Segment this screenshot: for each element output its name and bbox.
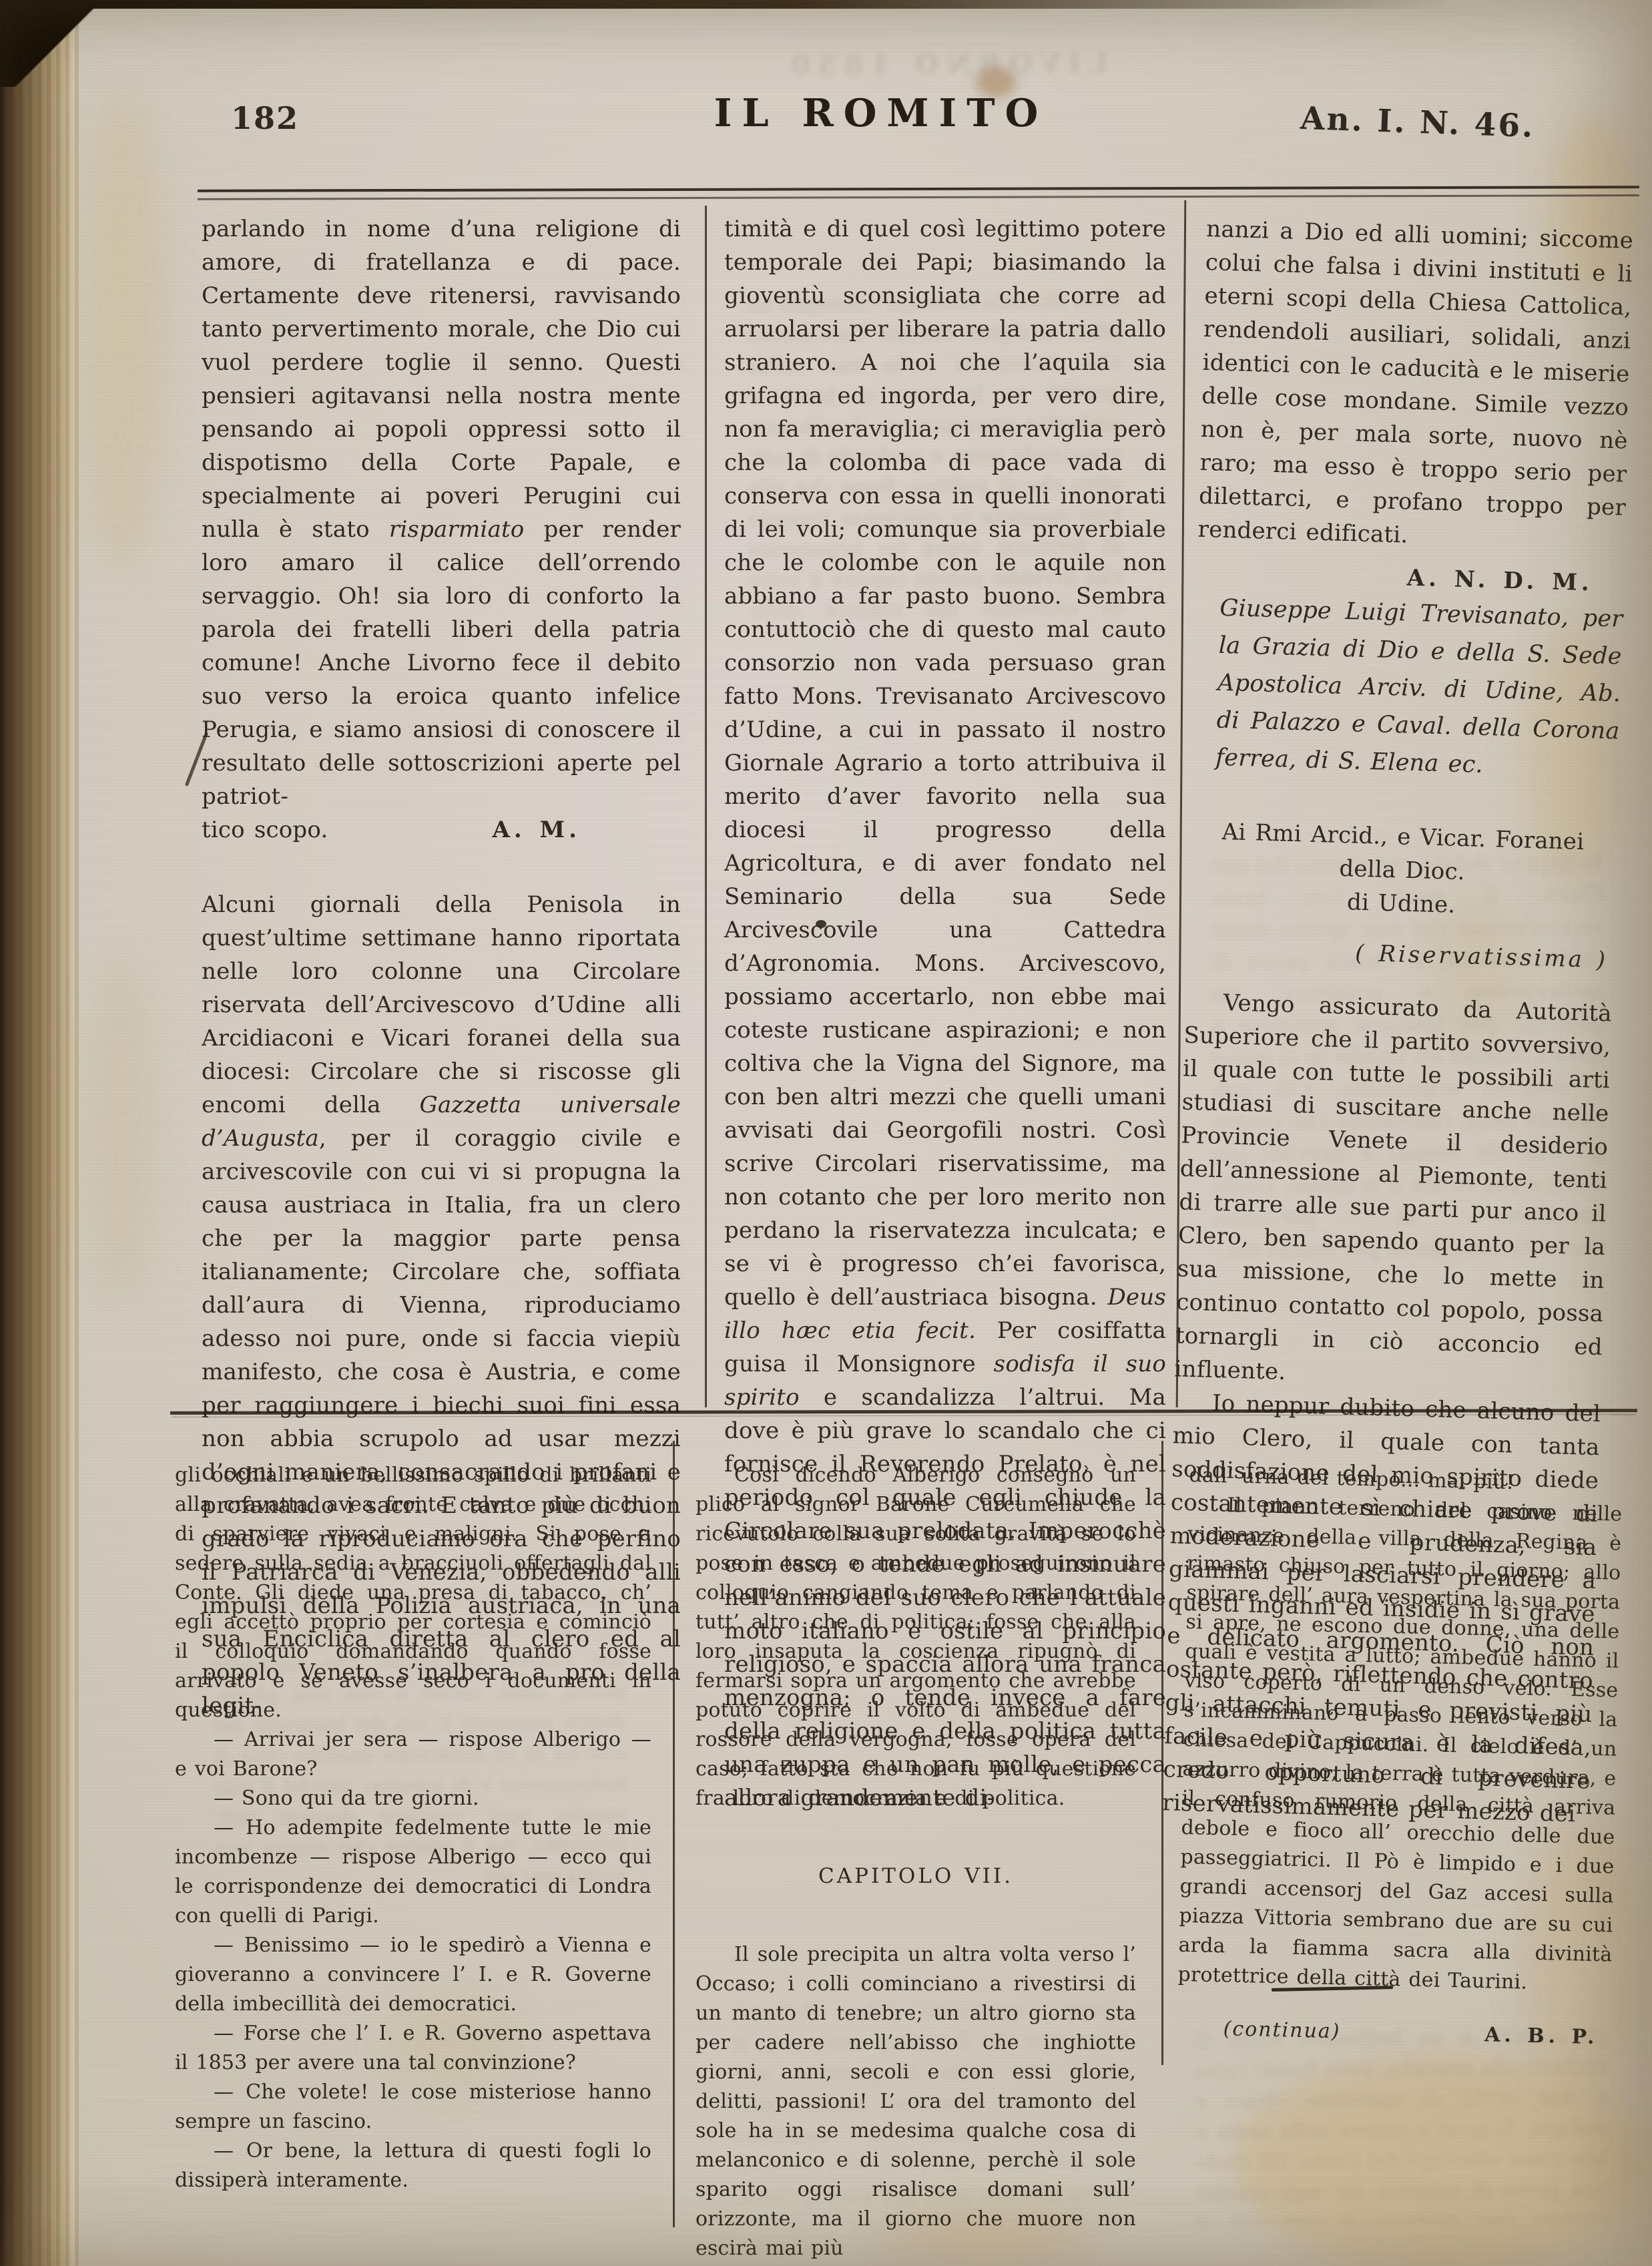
- page-top-edge-shadow: [0, 0, 1455, 9]
- foxing-stain: [1235, 2056, 1649, 2266]
- dialogue-line: — Ho adempite fedelmente tutte le mie in…: [175, 1813, 651, 1931]
- article-paragraph: nanzi a Dio ed alli uomini; siccome colu…: [1197, 212, 1634, 558]
- paragraph-end-line: tico scopo. A. M.: [202, 813, 681, 847]
- address-line: Ai Rmi Arcid., e Vicar. Foranei della Di…: [1188, 815, 1617, 893]
- feuilleton-paragraph: Il sole precipita un altra volta verso l…: [696, 1940, 1136, 2263]
- header-rule: [198, 186, 1639, 200]
- book-gutter-shadow: [0, 0, 81, 2266]
- feuilleton-column-3: dall’ urna del tempo... mai più! Il pian…: [1176, 1461, 1623, 2053]
- column-divider: [673, 1441, 675, 2227]
- reserved-note: ( Riservatissima ): [1186, 932, 1614, 977]
- feuilleton-paragraph: Così dicendo Alberigo consegnò un plico …: [696, 1461, 1136, 1813]
- article-paragraph: parlando in nome d’una religione di amor…: [202, 212, 681, 813]
- proclamation-heading: Giuseppe Luigi Trevisanato, per la Grazi…: [1191, 589, 1623, 788]
- dialogue-line: — Or bene, la lettura di questi fogli lo…: [175, 2136, 651, 2195]
- column-divider: [1161, 1441, 1163, 2065]
- chapter-heading: CAPITOLO VII.: [696, 1861, 1136, 1891]
- dialogue-line: — Arrivai jer sera — rispose Alberigo — …: [175, 1725, 651, 1784]
- top-left-corner-shadow: [0, 0, 154, 87]
- paragraph-last-words: tico scopo.: [202, 813, 328, 847]
- issue-number: An. I. N. 46.: [1300, 100, 1535, 145]
- foxing-stain: [85, 955, 159, 1302]
- author-initials: A. B. P.: [1484, 2020, 1611, 2052]
- dialogue-line: — Sono qui da tre giorni.: [175, 1784, 651, 1813]
- bleedthrough-ghost: gli occhiali e un bellissimo spillo di b…: [1193, 2021, 1609, 2225]
- feuilleton-paragraph: Il piano terreno del casino nelle vicina…: [1177, 1490, 1623, 2000]
- column-divider: [705, 206, 707, 1407]
- continua-note: (continua): [1223, 2014, 1341, 2046]
- newspaper-page-scan: LIVORNO 1850 Così dicendo Alberigo conse…: [0, 0, 1652, 2266]
- article-paragraph: Vengo assicurato da Autorità Superiore c…: [1174, 985, 1613, 1398]
- feuilleton-paragraph: gli occhiali e un bellissimo spillo di b…: [175, 1461, 651, 1725]
- feuilleton-column-1: gli occhiali e un bellissimo spillo di b…: [175, 1461, 651, 2195]
- dialogue-line: — Forse che l’ I. e R. Governo aspettava…: [175, 2019, 651, 2078]
- continuation-line: (continua) A. B. P.: [1176, 2014, 1611, 2053]
- dialogue-line: — Benissimo — io le spedirò a Vienna e g…: [175, 1931, 651, 2019]
- foxing-stain: [80, 93, 167, 574]
- dialogue-line: — Che volete! le cose misteriose hanno s…: [175, 2078, 651, 2136]
- page-number: 182: [231, 100, 299, 136]
- newspaper-title: IL ROMITO: [691, 91, 1071, 136]
- author-initials: A. M.: [492, 813, 581, 847]
- feuilleton-column-2: Così dicendo Alberigo consegnò un plico …: [696, 1461, 1136, 2263]
